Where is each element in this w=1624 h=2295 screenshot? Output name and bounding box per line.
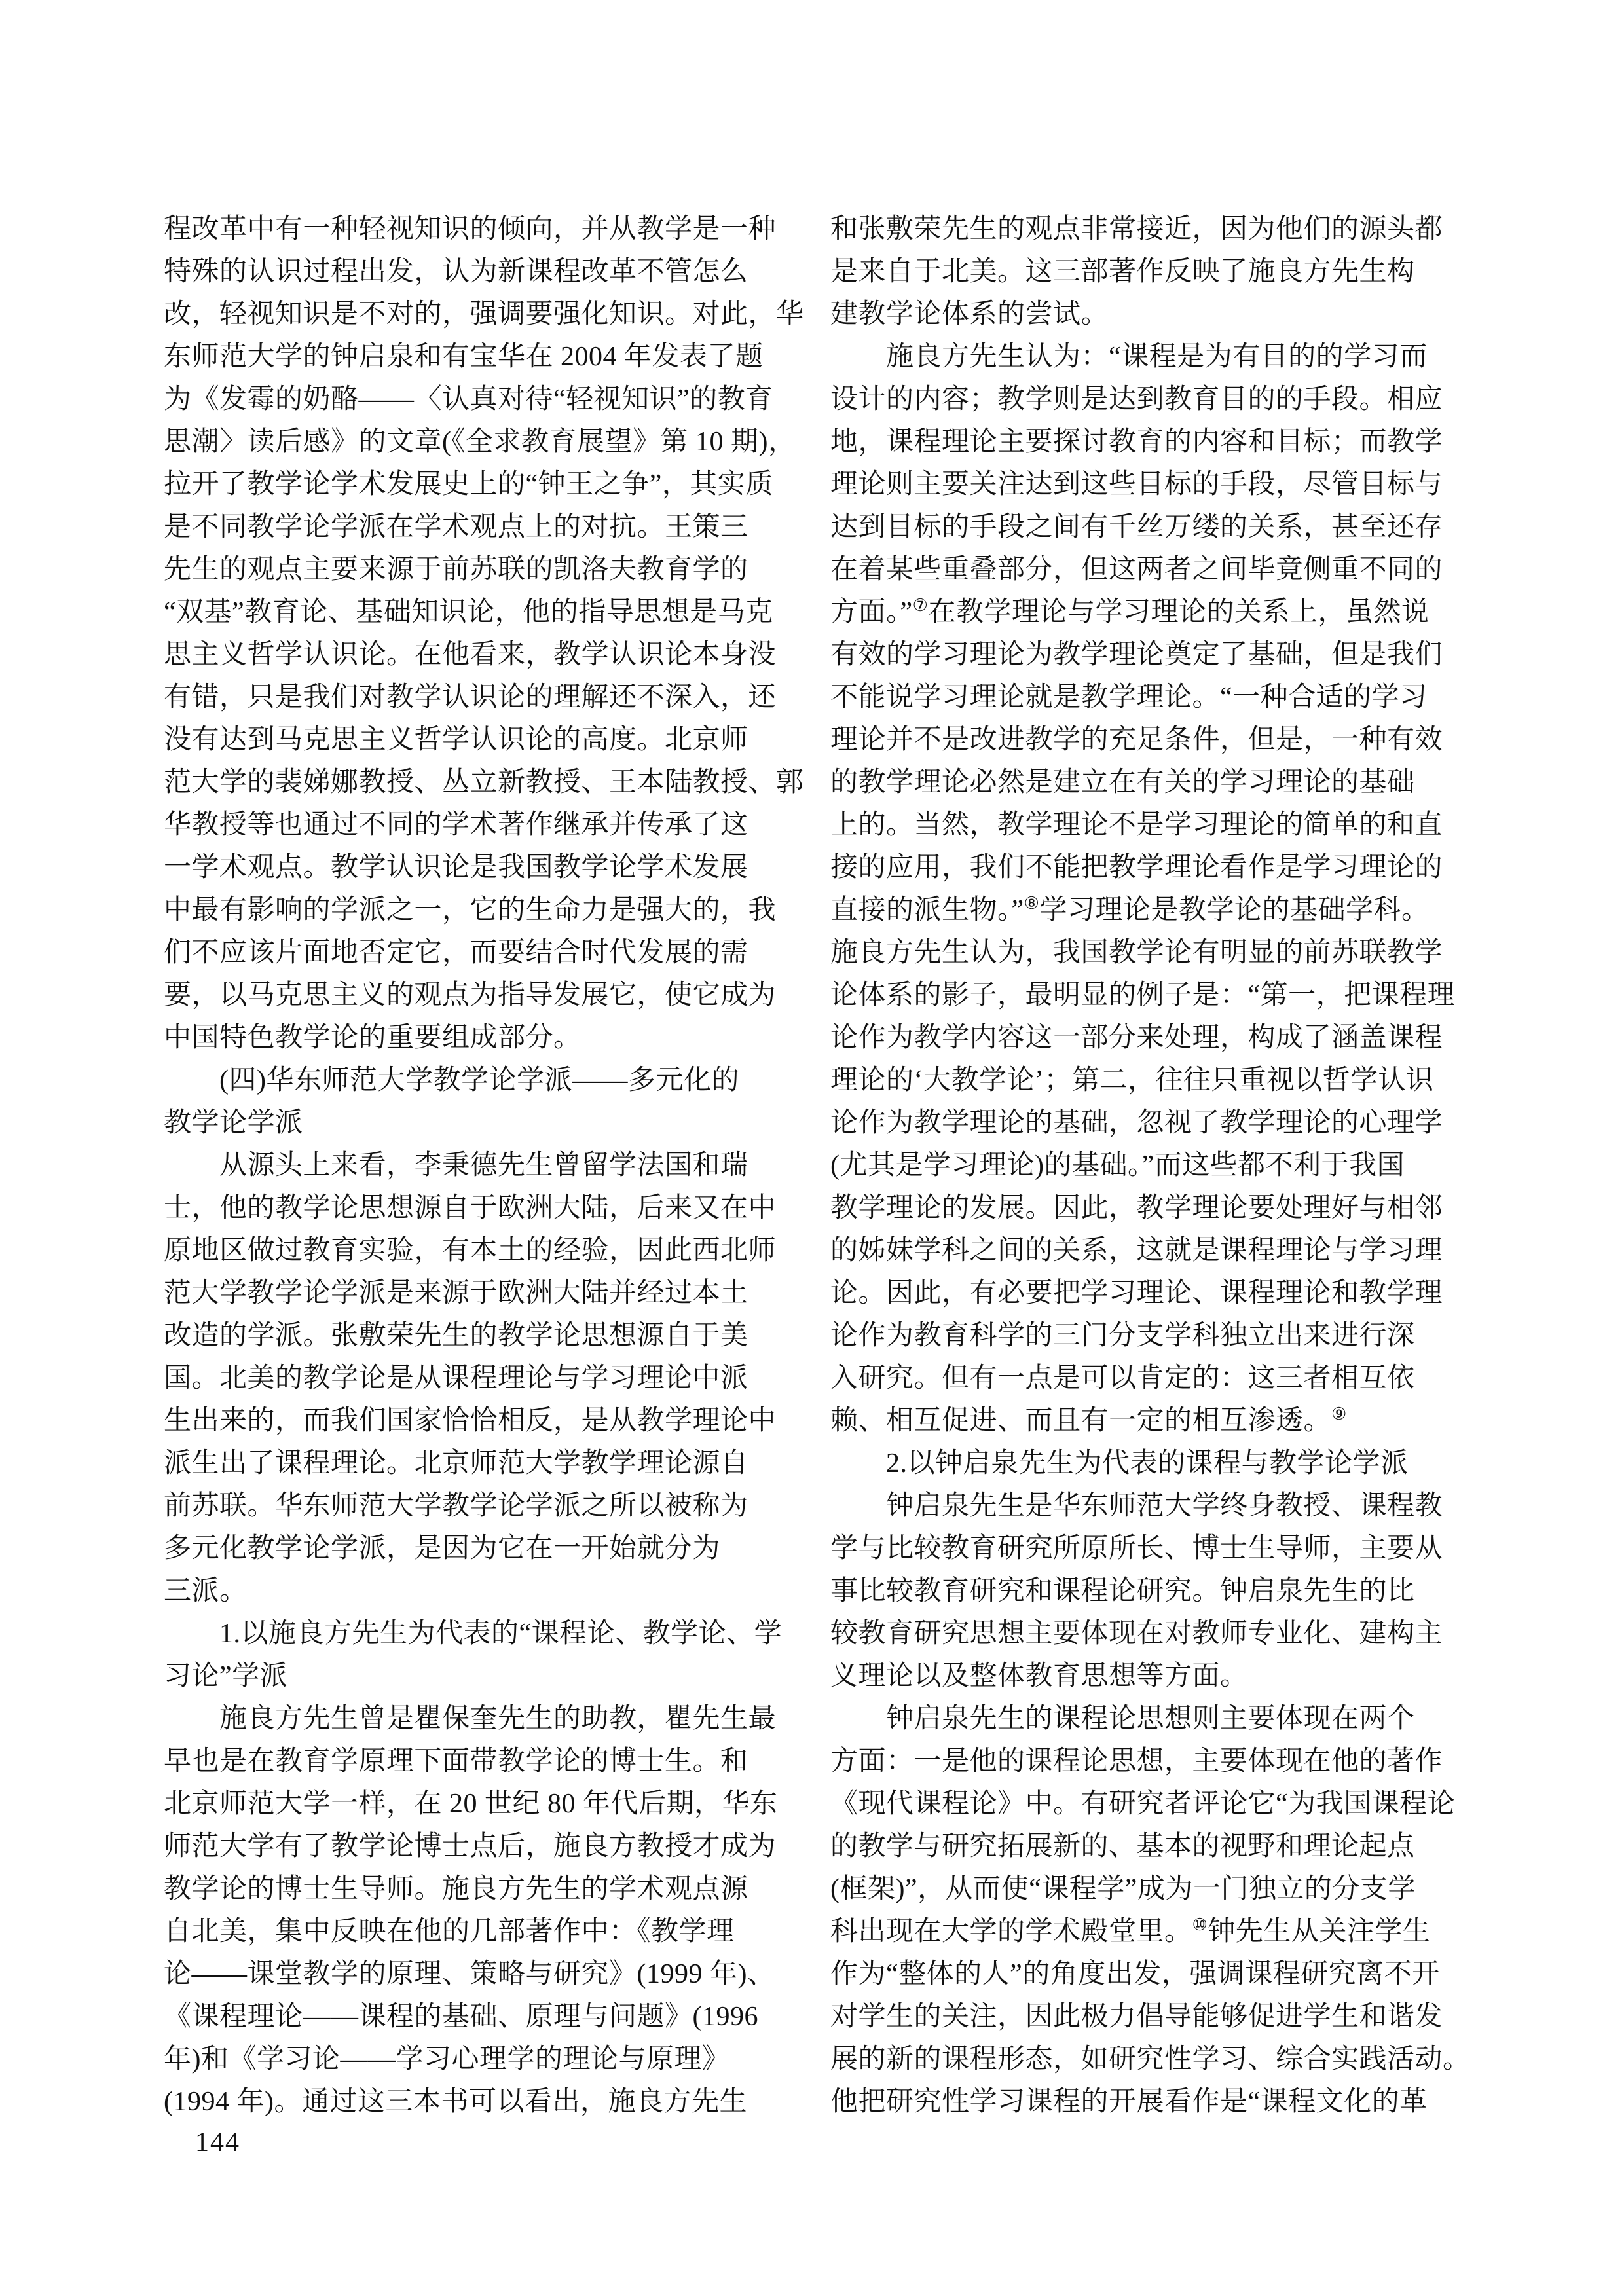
document-page: 程改革中有一种轻视知识的倾向，并从教学是一种 特殊的认识过程出发，认为新课程改革… xyxy=(0,0,1624,2295)
right-column-text: 和张敷荣先生的观点非常接近，因为他们的源头都 是来自于北美。这三部著作反映了施良… xyxy=(830,208,1452,2123)
page-number: 144 xyxy=(195,2123,240,2162)
left-column-text: 程改革中有一种轻视知识的倾向，并从教学是一种 特殊的认识过程出发，认为新课程改革… xyxy=(164,208,783,2123)
